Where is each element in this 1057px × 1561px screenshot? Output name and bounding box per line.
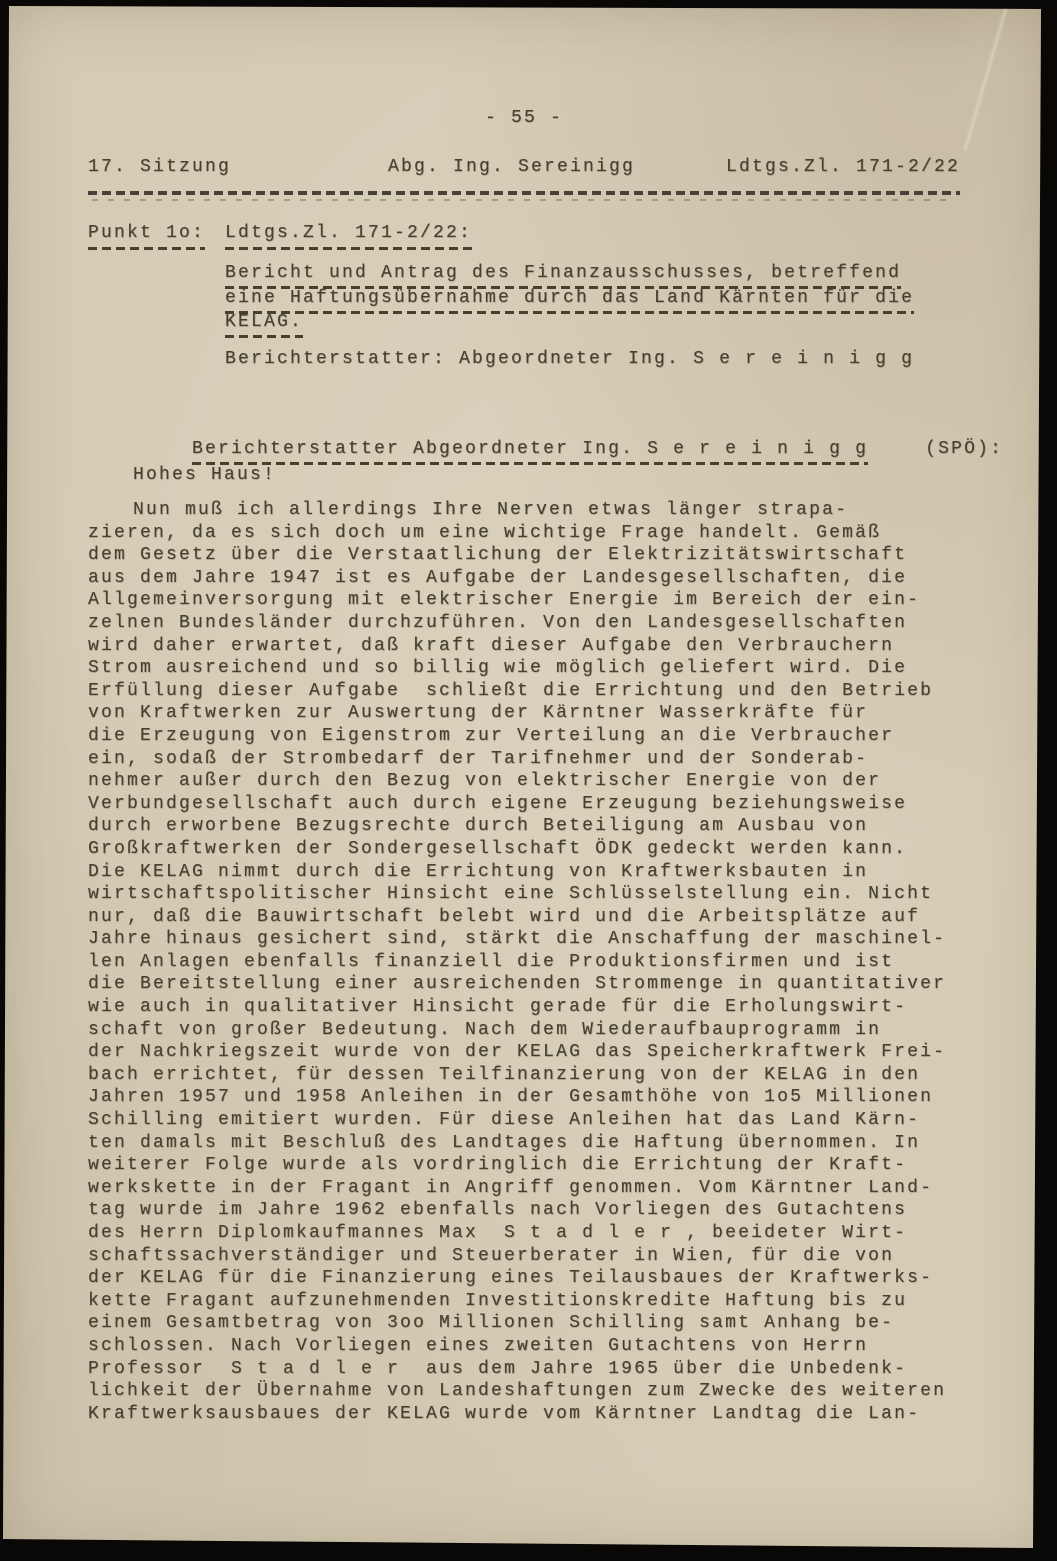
speech-body-line: Kraftwerksausbaues der KELAG wurde vom K…: [88, 1403, 960, 1426]
speech-body: Nun muß ich allerdings Ihre Nerven etwas…: [88, 499, 960, 1425]
speech-body-line: bach errichtet, für dessen Teilfinanzier…: [88, 1064, 960, 1087]
header-speaker-name: Abg. Ing. Sereinigg: [388, 154, 635, 180]
speech-body-line: die Erzeugung von Eigenstrom zur Verteil…: [88, 725, 960, 748]
speech-body-line: des Herrn Diplomkaufmannes Max S t a d l…: [88, 1222, 960, 1245]
reporter-line: Berichterstatter: Abgeordneter Ing. S e …: [225, 347, 960, 371]
speaker-party-label: (SPÖ):: [925, 439, 1003, 459]
speech-body-line: weiterer Folge wurde als vordringlich di…: [88, 1154, 960, 1177]
speech-body-line: lichkeit der Übernahme von Landeshaftung…: [88, 1380, 960, 1403]
agenda-subject-line: eine Haftungsübernahme durch das Land Kä…: [225, 289, 960, 308]
speech-body-line: wird daher erwartet, daß kraft dieser Au…: [88, 635, 960, 658]
speech-body-line: Nun muß ich allerdings Ihre Nerven etwas…: [88, 499, 960, 522]
speech-body-line: einem Gesamtbetrag von 3oo Millionen Sch…: [88, 1312, 960, 1335]
speech-body-line: Professor S t a d l e r aus dem Jahre 19…: [88, 1358, 960, 1381]
speech-body-line: Strom ausreichend und so billig wie mögl…: [88, 657, 960, 680]
scanned-document-page: - 55 - 17. Sitzung Abg. Ing. Sereinigg L…: [0, 0, 1057, 1561]
page-content: - 55 - 17. Sitzung Abg. Ing. Sereinigg L…: [88, 106, 960, 1425]
page-number: - 55 -: [88, 106, 960, 130]
speech-body-line: Schilling emitiert wurden. Für diese Anl…: [88, 1109, 960, 1132]
agenda-subject-line: Bericht und Antrag des Finanzausschusses…: [225, 264, 960, 283]
speech-body-line: aus dem Jahre 1947 ist es Aufgabe der La…: [88, 567, 960, 590]
dashed-separator-rule: [88, 191, 960, 201]
speech-body-line: Verbundgesellschaft auch durch eigene Er…: [88, 793, 960, 816]
speaker-heading-row: Berichterstatter Abgeordneter Ing. S e r…: [88, 416, 960, 447]
speech-body-line: wirtschaftspolitischer Hinsicht eine Sch…: [88, 883, 960, 906]
speech-body-line: schaft von großer Bedeutung. Nach dem Wi…: [88, 1019, 960, 1042]
speech-body-line: dem Gesetz über die Verstaatlichung der …: [88, 544, 960, 567]
paper-crease: [964, 0, 1012, 151]
speech-body-line: Jahre hinaus gesichert sind, stärkt die …: [88, 928, 960, 951]
speech-body-line: zelnen Bundesländer durchzuführen. Von d…: [88, 612, 960, 635]
speech-body-line: Erfüllung dieser Aufgabe schließt die Er…: [88, 680, 960, 703]
speech-body-line: tag wurde im Jahre 1962 ebenfalls nach V…: [88, 1199, 960, 1222]
speech-body-line: schlossen. Nach Vorliegen eines zweiten …: [88, 1335, 960, 1358]
speech-body-line: nehmer außer durch den Bezug von elektri…: [88, 770, 960, 793]
speech-body-line: len Anlagen ebenfalls finanziell die Pro…: [88, 951, 960, 974]
speech-body-line: Allgemeinversorgung mit elektrischer Ene…: [88, 589, 960, 612]
speech-body-line: werkskette in der Fragant in Angriff gen…: [88, 1177, 960, 1200]
speech-body-line: nur, daß die Bauwirtschaft belebt wird u…: [88, 906, 960, 929]
agenda-item-label: Punkt 1o:: [88, 223, 205, 250]
speech-body-line: ten damals mit Beschluß des Landtages di…: [88, 1132, 960, 1155]
speech-body-line: zieren, da es sich doch um eine wichtige…: [88, 522, 960, 545]
speech-body-line: ein, sodaß der Strombedarf der Tarifnehm…: [88, 748, 960, 771]
speech-body-line: wie auch in qualitativer Hinsicht gerade…: [88, 996, 960, 1019]
agenda-subject-line: KELAG.: [225, 313, 960, 332]
speech-body-line: durch erworbene Bezugsrechte durch Betei…: [88, 815, 960, 838]
speech-body-line: von Kraftwerken zur Auswertung der Kärnt…: [88, 702, 960, 725]
speech-body-line: Großkraftwerken der Sondergesellschaft Ö…: [88, 838, 960, 861]
speech-salutation: Hohes Haus!: [133, 464, 960, 486]
agenda-item-row: Punkt 1o: Ldtgs.Zl. 171-2/22:: [88, 223, 960, 253]
speech-body-line: schaftssachverständiger und Steuerberate…: [88, 1245, 960, 1268]
paper-sheet: - 55 - 17. Sitzung Abg. Ing. Sereinigg L…: [0, 0, 1057, 1561]
header-reference-number: Ldtgs.Zl. 171-2/22: [726, 154, 960, 180]
page-header: 17. Sitzung Abg. Ing. Sereinigg Ldtgs.Zl…: [88, 154, 960, 180]
speech-body-line: der Nachkriegszeit wurde von der KELAG d…: [88, 1041, 960, 1064]
speech-body-line: Die KELAG nimmt durch die Errichtung von…: [88, 861, 960, 884]
speech-body-line: die Bereitstellung einer ausreichenden S…: [88, 973, 960, 996]
header-session-label: 17. Sitzung: [88, 154, 231, 180]
agenda-subject: Bericht und Antrag des Finanzausschusses…: [225, 264, 960, 332]
agenda-item-reference: Ldtgs.Zl. 171-2/22:: [225, 223, 472, 250]
speaker-heading: Berichterstatter Abgeordneter Ing. S e r…: [192, 439, 868, 465]
speech-body-line: Jahren 1957 und 1958 Anleihen in der Ges…: [88, 1086, 960, 1109]
speech-body-line: der KELAG für die Finanzierung eines Tei…: [88, 1267, 960, 1290]
speech-body-line: kette Fragant aufzunehmenden Investition…: [88, 1290, 960, 1313]
